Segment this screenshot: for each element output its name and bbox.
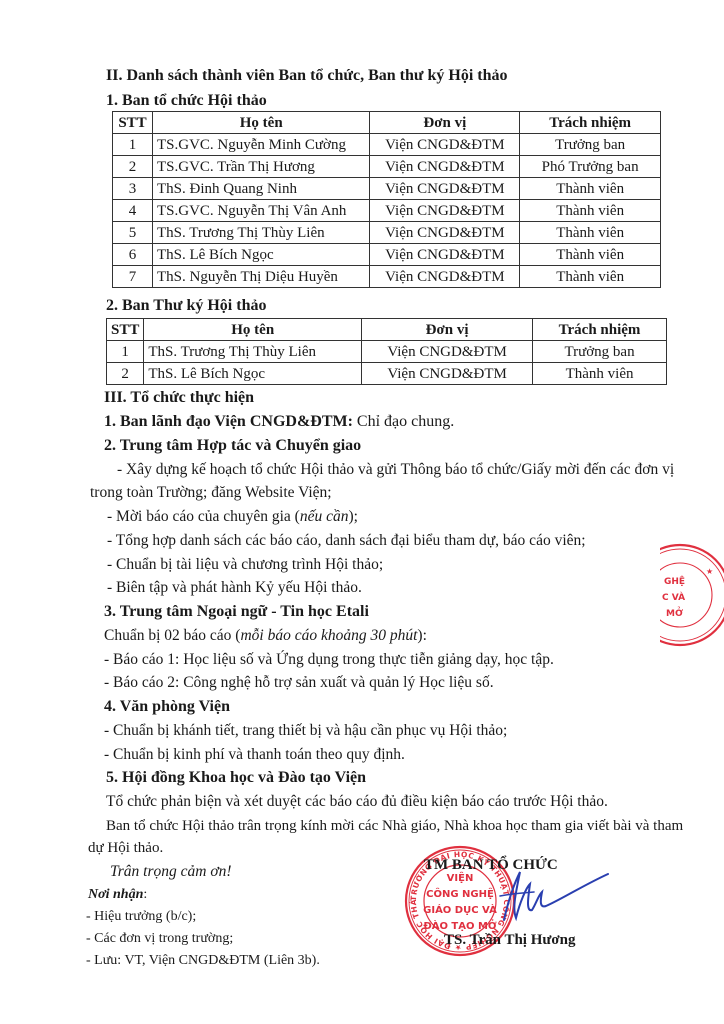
item-2-line-3: - Tổng hợp danh sách các báo cáo, danh s… <box>107 531 586 551</box>
secretariat-title: 2. Ban Thư ký Hội thảo <box>106 296 266 316</box>
item-2-line-2: - Mời báo cáo của chuyên gia (nếu cần); <box>107 507 358 527</box>
item-1-label: 1. Ban lãnh đạo Viện CNGD&ĐTM: <box>104 413 353 430</box>
cell-role: Thành viên <box>520 244 661 266</box>
cell-unit: Viện CNGD&ĐTM <box>370 156 520 178</box>
closing-thanks: Trân trọng cảm ơn! <box>110 862 232 882</box>
item-4-line-1: - Chuẩn bị khánh tiết, trang thiết bị và… <box>104 721 507 741</box>
cell-unit: Viện CNGD&ĐTM <box>370 222 520 244</box>
cell-stt: 2 <box>107 363 144 385</box>
cell-unit: Viện CNGD&ĐTM <box>370 200 520 222</box>
table-row: 5ThS. Trương Thị Thùy LiênViện CNGD&ĐTMT… <box>113 222 661 244</box>
header-stt: STT <box>107 319 144 341</box>
item-5-line-2b: dự Hội thảo. <box>88 838 163 858</box>
header-unit: Đơn vị <box>370 112 520 134</box>
item-4-line-2: - Chuẩn bị kinh phí và thanh toán theo q… <box>104 745 405 765</box>
stamp-line: CÔNG NGHỆ <box>426 887 494 900</box>
cell-stt: 1 <box>107 341 144 363</box>
table-row: 2ThS. Lê Bích NgọcViện CNGD&ĐTMThành viê… <box>107 363 667 385</box>
item-4-title: 4. Văn phòng Viện <box>104 697 230 717</box>
partial-stamp-line: GHỆ <box>664 576 685 587</box>
cell-role: Thành viên <box>520 222 661 244</box>
intro-italic: mỗi báo cáo khoảng 30 phút <box>240 627 417 644</box>
svg-text:★: ★ <box>706 567 713 576</box>
item-2-line-1a: - Xây dựng kế hoạch tổ chức Hội thảo và … <box>117 460 674 480</box>
item-2-line-4: - Chuẩn bị tài liệu và chương trình Hội … <box>107 555 383 575</box>
cell-name: TS.GVC. Trần Thị Hương <box>152 156 369 178</box>
intro-suffix: ): <box>417 627 426 644</box>
recipients-label: Nơi nhận: <box>88 885 147 905</box>
table-header-row: STT Họ tên Đơn vị Trách nhiệm <box>107 319 667 341</box>
item-1-text: Chỉ đạo chung. <box>353 413 454 430</box>
item-2-line-1b: trong toàn Trường; đăng Website Viện; <box>90 483 332 503</box>
table-row: 6ThS. Lê Bích NgọcViện CNGD&ĐTMThành viê… <box>113 244 661 266</box>
cell-unit: Viện CNGD&ĐTM <box>362 363 533 385</box>
item-3-title: 3. Trung tâm Ngoại ngữ - Tin học Etali <box>104 602 369 622</box>
recipient-item: - Hiệu trưởng (b/c); <box>86 907 196 927</box>
table-header-row: STT Họ tên Đơn vị Trách nhiệm <box>113 112 661 134</box>
cell-unit: Viện CNGD&ĐTM <box>362 341 533 363</box>
cell-name: ThS. Đinh Quang Ninh <box>152 178 369 200</box>
recipients-label-text: Nơi nhận <box>88 887 143 902</box>
cell-stt: 4 <box>113 200 153 222</box>
item-5-title: 5. Hội đồng Khoa học và Đào tạo Viện <box>106 768 366 788</box>
header-name: Họ tên <box>144 319 362 341</box>
signatory-name: TS. Trần Thị Hương <box>444 930 576 950</box>
item-1-line: 1. Ban lãnh đạo Viện CNGD&ĐTM: Chỉ đạo c… <box>104 412 454 432</box>
table-row: 3ThS. Đinh Quang NinhViện CNGD&ĐTMThành … <box>113 178 661 200</box>
item-3-intro: Chuẩn bị 02 báo cáo (mỗi báo cáo khoảng … <box>104 626 427 646</box>
recipient-item: - Lưu: VT, Viện CNGD&ĐTM (Liên 3b). <box>86 951 320 971</box>
cell-role: Thành viên <box>520 200 661 222</box>
cell-stt: 1 <box>113 134 153 156</box>
partial-stamp-line: MỞ <box>666 606 683 619</box>
cell-role: Thành viên <box>520 178 661 200</box>
cell-stt: 5 <box>113 222 153 244</box>
header-role: Trách nhiệm <box>533 319 667 341</box>
cell-unit: Viện CNGD&ĐTM <box>370 178 520 200</box>
cell-stt: 6 <box>113 244 153 266</box>
recipients-colon: : <box>143 887 147 902</box>
cell-unit: Viện CNGD&ĐTM <box>370 244 520 266</box>
cell-unit: Viện CNGD&ĐTM <box>370 266 520 288</box>
header-name: Họ tên <box>152 112 369 134</box>
line-2-prefix: - Mời báo cáo của chuyên gia ( <box>107 508 300 525</box>
cell-name: ThS. Lê Bích Ngọc <box>152 244 369 266</box>
cell-unit: Viện CNGD&ĐTM <box>370 134 520 156</box>
intro-prefix: Chuẩn bị 02 báo cáo ( <box>104 627 240 644</box>
item-3-line-1: - Báo cáo 1: Học liệu số và Ứng dụng tro… <box>104 650 554 670</box>
item-5-line-2a: Ban tổ chức Hội thảo trân trọng kính mời… <box>106 816 683 836</box>
secretariat-table: STT Họ tên Đơn vị Trách nhiệm 1ThS. Trươ… <box>106 318 667 385</box>
item-3-line-2: - Báo cáo 2: Công nghệ hỗ trợ sản xuất v… <box>104 673 494 693</box>
recipient-item: - Các đơn vị trong trường; <box>86 929 233 949</box>
line-2-suffix: ); <box>348 508 357 525</box>
cell-stt: 3 <box>113 178 153 200</box>
cell-name: ThS. Trương Thị Thùy Liên <box>144 341 362 363</box>
item-2-title: 2. Trung tâm Hợp tác và Chuyển giao <box>104 436 361 456</box>
cell-stt: 7 <box>113 266 153 288</box>
table-row: 1TS.GVC. Nguyễn Minh CườngViện CNGD&ĐTMT… <box>113 134 661 156</box>
partial-stamp-line: C VÀ <box>662 591 685 603</box>
cell-role: Phó Trưởng ban <box>520 156 661 178</box>
table-row: 4TS.GVC. Nguyễn Thị Vân AnhViện CNGD&ĐTM… <box>113 200 661 222</box>
organizing-committee-table: STT Họ tên Đơn vị Trách nhiệm 1TS.GVC. N… <box>112 111 661 288</box>
table-row: 2TS.GVC. Trần Thị HươngViện CNGD&ĐTMPhó … <box>113 156 661 178</box>
line-2-italic: nếu cần <box>300 508 349 525</box>
section-3-heading: III. Tổ chức thực hiện <box>104 388 254 408</box>
cell-role: Trưởng ban <box>533 341 667 363</box>
item-5-line-1: Tổ chức phản biện và xét duyệt các báo c… <box>106 792 608 812</box>
section-2-heading: II. Danh sách thành viên Ban tổ chức, Ba… <box>106 66 508 86</box>
cell-name: ThS. Nguyễn Thị Diệu Huyền <box>152 266 369 288</box>
cell-role: Trưởng ban <box>520 134 661 156</box>
table-row: 1ThS. Trương Thị Thùy LiênViện CNGD&ĐTMT… <box>107 341 667 363</box>
cell-name: TS.GVC. Nguyễn Minh Cường <box>152 134 369 156</box>
cell-name: ThS. Lê Bích Ngọc <box>144 363 362 385</box>
cell-role: Thành viên <box>533 363 667 385</box>
cell-name: TS.GVC. Nguyễn Thị Vân Anh <box>152 200 369 222</box>
cell-stt: 2 <box>113 156 153 178</box>
organizing-committee-title: 1. Ban tổ chức Hội thảo <box>106 91 267 111</box>
cell-name: ThS. Trương Thị Thùy Liên <box>152 222 369 244</box>
header-stt: STT <box>113 112 153 134</box>
partial-margin-stamp: GHỆ C VÀ MỞ ★ <box>660 540 724 650</box>
stamp-line: GIÁO DỤC VÀ <box>423 903 497 916</box>
handwritten-signature <box>490 862 610 932</box>
cell-role: Thành viên <box>520 266 661 288</box>
header-role: Trách nhiệm <box>520 112 661 134</box>
header-unit: Đơn vị <box>362 319 533 341</box>
table-row: 7ThS. Nguyễn Thị Diệu HuyềnViện CNGD&ĐTM… <box>113 266 661 288</box>
item-2-line-5: - Biên tập và phát hành Kỷ yếu Hội thảo. <box>107 578 362 598</box>
